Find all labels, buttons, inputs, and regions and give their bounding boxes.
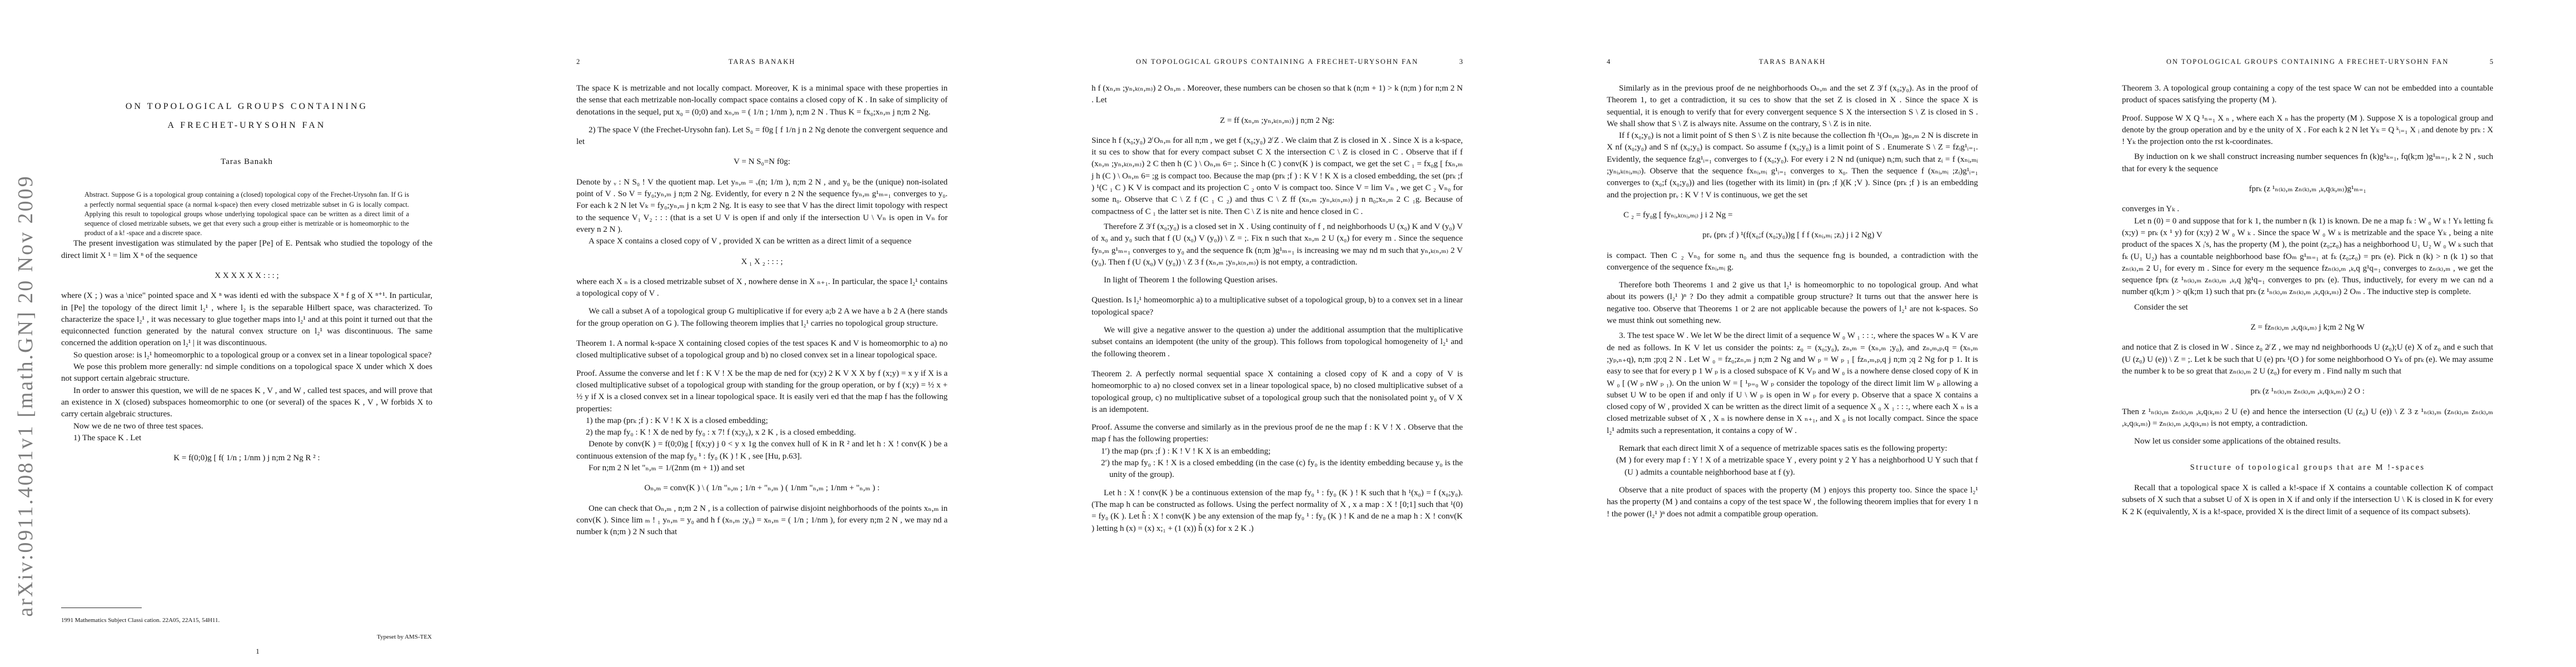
theorem-block: Theorem 3. A topological group containin… <box>2122 83 2493 107</box>
footnote-rule <box>61 608 142 608</box>
paragraph: Remark that each direct limit X of a seq… <box>1607 443 1978 455</box>
list-item: 2′) the map fy₀ : K ! X is a closed embe… <box>1092 457 1463 481</box>
footnote: 1991 Mathematics Subject Classi cation. … <box>61 617 417 624</box>
header-title: ON TOPOLOGICAL GROUPS CONTAINING A FRECH… <box>1114 58 1441 66</box>
paragraph: Now let us consider some applications of… <box>2122 436 2493 447</box>
paragraph: and notice that Z is closed in W . Since… <box>2122 342 2493 377</box>
paragraph: Therefore both Theorems 1 and 2 give us … <box>1607 280 1978 327</box>
paragraph: Denote by ᵥ : N S₀ ! V the quotient map.… <box>576 177 948 236</box>
paper-title-line-2: A FRECHET-URYSOHN FAN <box>61 120 432 131</box>
display-formula: Z = fzₙ₍ₖ₎,ₘ ,ₖ,q₍ₖ,ₘ₎ j k;m 2 Ng W <box>2122 322 2493 333</box>
paragraph: By induction on k we shall construct inc… <box>2122 151 2493 175</box>
paragraph: converges in Yₖ . <box>2122 203 2493 215</box>
paragraph: We call a subset A of a topological grou… <box>576 306 948 330</box>
paragraph: The space K is metrizable and not locall… <box>576 83 948 118</box>
list-item: 1′) the map (prₖ ;f ) : K ! V ! K X is a… <box>1092 446 1463 457</box>
paragraph: Therefore Z 3̸ f (x₀;y₀) is a closed set… <box>1092 221 1463 268</box>
paragraph: If f (x₀;y₀) is not a limit point of S t… <box>1607 130 1978 201</box>
paragraph: 3. The test space W . We let W be the di… <box>1607 330 1978 437</box>
display-formula: prₖ (z ¹ₙ₍ₖ₎,ₘ zₙ₍ₖ₎,ₘ ,ₖ,q₍ₖ,ₘ₎) 2 O : <box>2122 386 2493 397</box>
paragraph: where (X ; ) was a \nice" pointed space … <box>61 290 432 349</box>
typeset-credit: Typeset by AMS-TEX <box>377 634 432 640</box>
paragraph: is compact. Then C ₂ Vₙ₀ for some n₀ and… <box>1607 250 1978 274</box>
paragraph: Now we de ne two of three test spaces. <box>61 421 432 432</box>
display-formula: prᵥ (prₖ ;f ) ¹(f(x₀;f (x₀;y₀))g [ f f (… <box>1607 230 1978 241</box>
paragraph: One can check that Oₙ,ₘ , n;m 2 N , is a… <box>576 503 948 539</box>
theorem-block: Theorem 1. A normal k-space X containing… <box>576 338 948 362</box>
page-2: 2 TARAS BANAKH The space K is metrizable… <box>515 0 1030 667</box>
running-head: ON TOPOLOGICAL GROUPS CONTAINING A FRECH… <box>1092 58 1463 66</box>
abstract: Abstract. Suppose G is a topological gro… <box>84 190 409 238</box>
list-item: (M ) for every map f : Y ! X of a metriz… <box>1607 455 1978 479</box>
author-name: Taras Banakh <box>61 157 432 167</box>
paragraph: A space X contains a closed copy of V , … <box>576 236 948 247</box>
page-5: ON TOPOLOGICAL GROUPS CONTAINING A FRECH… <box>2061 0 2576 667</box>
header-page-number: 2 <box>576 58 599 66</box>
paragraph: Consider the set <box>2122 302 2493 313</box>
proof-paragraph: Proof. Assume the converse and let f : K… <box>576 368 948 415</box>
paper-title-line-1: ON TOPOLOGICAL GROUPS CONTAINING <box>61 101 432 112</box>
paragraph: In order to answer this question, we wil… <box>61 385 432 421</box>
paragraph: So question arose: is l₂¹ homeomorphic t… <box>61 350 432 361</box>
paragraph: For n;m 2 N let "ₙ,ₘ = 1/(2nm (m + 1)) a… <box>576 462 948 474</box>
paragraph: In light of Theorem 1 the following Ques… <box>1092 275 1463 286</box>
display-formula: K = f(0;0)g [ f( 1/n ; 1/nm ) j n;m 2 Ng… <box>61 452 432 464</box>
paragraph: We will give a negative answer to the qu… <box>1092 325 1463 360</box>
header-page-number: 3 <box>1441 58 1463 66</box>
paragraph: We pose this problem more generally: nd … <box>61 361 432 385</box>
paragraph: Recall that a topological space X is cal… <box>2122 482 2493 518</box>
display-formula: X ₁ X ₂ : : : ; <box>576 256 948 268</box>
paragraph: 2) The space V (the Frechet-Urysohn fan)… <box>576 125 948 148</box>
display-formula: C ₂ = fy₀g [ fyₙᵢ,ₖ₍ₙᵢ,ₘᵢ₎ j i 2 Ng = <box>1623 210 1978 221</box>
paragraph: h f (xₙ,ₘ ;yₙ,ₖ₍ₙ,ₘ₎) 2 Oₙ,ₘ . Moreover,… <box>1092 83 1463 107</box>
page-3: ON TOPOLOGICAL GROUPS CONTAINING A FRECH… <box>1030 0 1546 667</box>
display-formula: Oₙ,ₘ = conv(K ) \ ( 1/n "ₙ,ₘ ; 1/n + "ₙ,… <box>576 482 948 494</box>
arxiv-watermark: arXiv:0911.4081v1 [math.GN] 20 Nov 2009 <box>13 175 38 616</box>
header-title: ON TOPOLOGICAL GROUPS CONTAINING A FRECH… <box>2144 58 2471 66</box>
paragraph: Denote by conv(K ) = f(0;0)g [ f(x;y) j … <box>576 439 948 462</box>
header-page-number: 4 <box>1607 58 1629 66</box>
header-title: TARAS BANAKH <box>1629 58 1956 66</box>
paragraph: Let h : X ! conv(K ) be a continuous ext… <box>1092 487 1463 535</box>
paragraph: 1) The space K . Let <box>61 432 432 444</box>
display-formula: fprₖ (z ¹ₙ₍ₖ₎,ₘ zₙ₍ₖ₎,ₘ ,ₖ,q₍ₖ,ₘ₎)g¹ₘ₌₁ <box>2122 183 2493 195</box>
display-formula: Z = ff (xₙ,ₘ ;yₙ,ₖ₍ₙ,ₘ₎) j n;m 2 Ng: <box>1092 115 1463 127</box>
paragraph: where each X ₙ is a closed metrizable su… <box>576 276 948 300</box>
paper-screenshot: { "arxiv_stamp": "arXiv:0911.4081v1 [mat… <box>0 0 2576 667</box>
paragraph: Let n (0) = 0 and suppose that for k 1, … <box>2122 216 2493 298</box>
page-number: 1 <box>0 647 515 656</box>
page-1: arXiv:0911.4081v1 [math.GN] 20 Nov 2009 … <box>0 0 515 667</box>
paragraph: Since h f (x₀;y₀) 2̸ Oₙ,ₘ for all n;m , … <box>1092 135 1463 218</box>
paragraph: Observe that a nite product of spaces wi… <box>1607 485 1978 520</box>
paragraph: Similarly as in the previous proof de ne… <box>1607 83 1978 130</box>
section-heading: Structure of topological groups that are… <box>2122 462 2493 474</box>
theorem-block: Theorem 2. A perfectly normal sequential… <box>1092 369 1463 416</box>
running-head: 2 TARAS BANAKH <box>576 58 948 66</box>
question-block: Question. Is l₂¹ homeomorphic a) to a mu… <box>1092 295 1463 318</box>
proof-paragraph: Proof. Assume the converse and similarly… <box>1092 422 1463 446</box>
list-item: 1) the map (prₖ ;f ) : K V ! K X is a cl… <box>576 415 948 427</box>
display-formula: X X X X X X : : : ; <box>61 270 432 282</box>
header-title: TARAS BANAKH <box>599 58 925 66</box>
paragraph: The present investigation was stimulated… <box>61 238 432 262</box>
page-4: 4 TARAS BANAKH Similarly as in the previ… <box>1546 0 2061 667</box>
list-item: 2) the map fy₀ : K ! X de ned by fy₀ : x… <box>576 427 948 439</box>
header-page-number: 5 <box>2471 58 2493 66</box>
display-formula: V = N S₀=N f0g: <box>576 156 948 168</box>
proof-paragraph: Proof. Suppose W X Q ¹ₙ₌₁ X ₙ , where ea… <box>2122 113 2493 148</box>
running-head: ON TOPOLOGICAL GROUPS CONTAINING A FRECH… <box>2122 58 2493 66</box>
running-head: 4 TARAS BANAKH <box>1607 58 1978 66</box>
paragraph: Then z ¹ₙ₍ₖ₎,ₘ zₙ₍ₖ₎,ₘ ,ₖ,q₍ₖ,ₘ₎ 2 U (e)… <box>2122 406 2493 430</box>
